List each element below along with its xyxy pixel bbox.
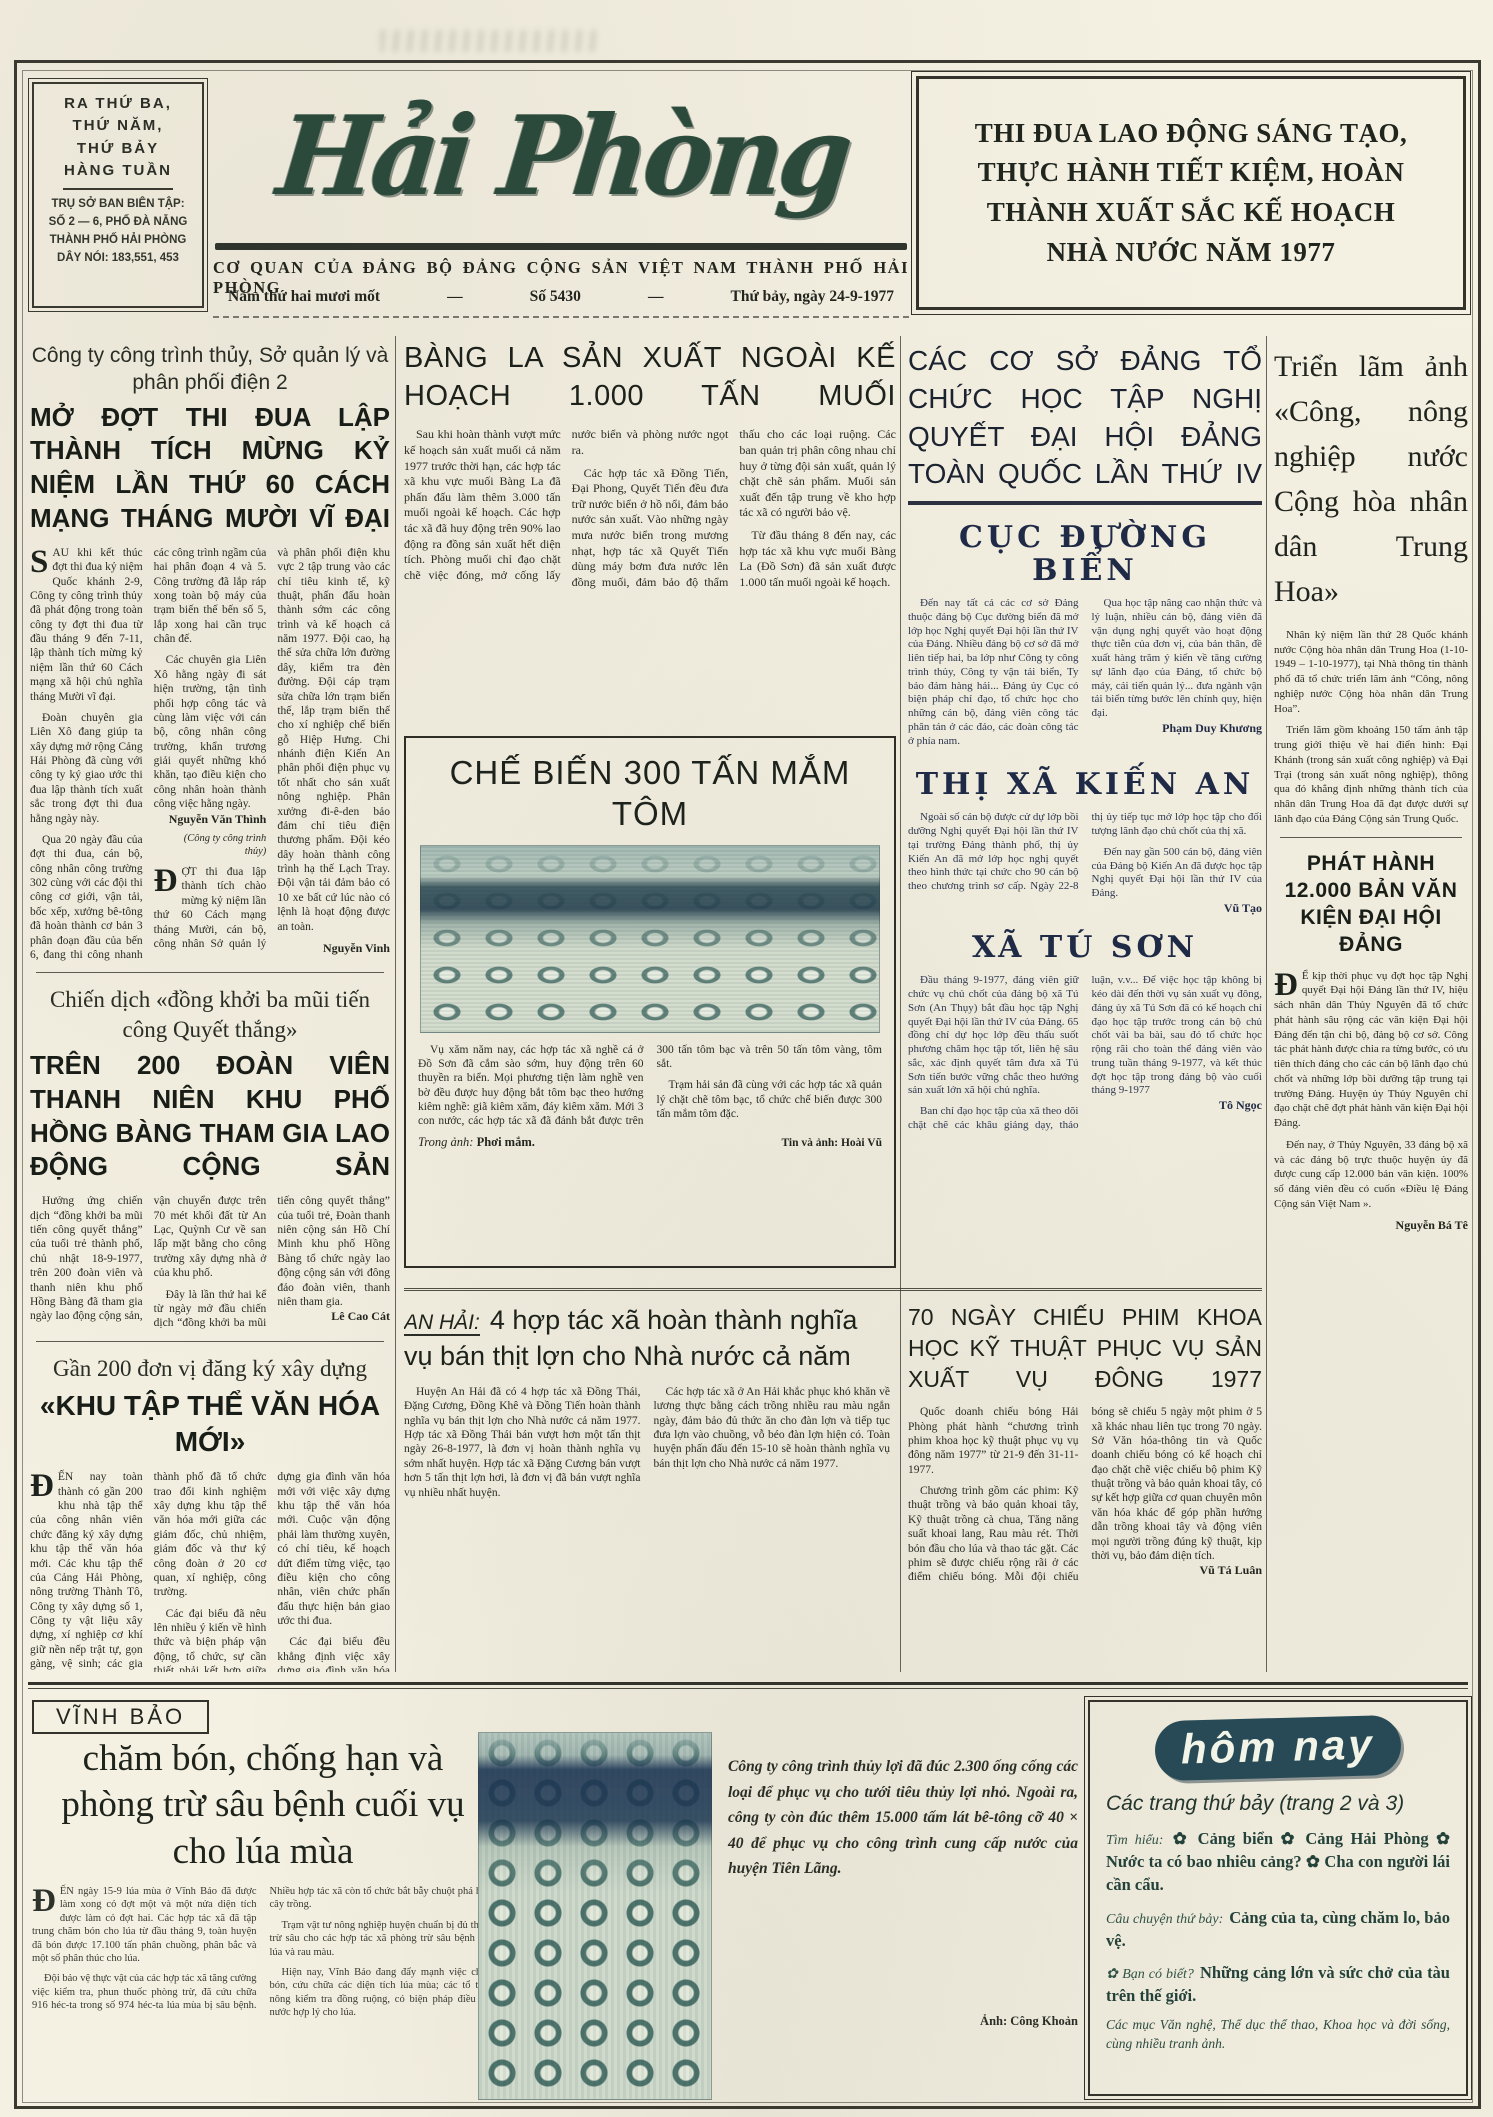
- masthead-rule: [215, 243, 907, 250]
- paragraph: THỨ NĂM,: [40, 116, 196, 136]
- byline: Vũ Tạo: [1092, 901, 1263, 915]
- article-headline: CÁC CƠ SỞ ĐẢNG TỔ CHỨC HỌC TẬP NGHỊ QUYẾ…: [908, 342, 1262, 493]
- photo-phoi-mam: [420, 845, 880, 1033]
- hom-nay-box: hôm nay Các trang thứ bảy (trang 2 và 3)…: [1088, 1700, 1468, 2096]
- article-divider: [1280, 837, 1462, 838]
- byline: Nguyễn Văn Thình: [154, 812, 267, 826]
- article-headline: chăm bón, chống hạn và phòng trừ sâu bện…: [32, 1736, 494, 1875]
- paragraphs: Ngoài số cán bộ được cử dự lớp bồi dưỡng…: [908, 811, 1262, 915]
- article-bang-la-muoi: BÀNG LA SẢN XUẤT NGOÀI KẾ HOẠCH 1.000 TẤ…: [404, 340, 896, 736]
- article-hoc-tap-nghi-quyet: CÁC CƠ SỞ ĐẢNG TỔ CHỨC HỌC TẬP NGHỊ QUYẾ…: [908, 342, 1262, 1133]
- publication-days: RA THỨ BA,THỨ NĂM,THỨ BẢYHÀNG TUẦN: [40, 94, 196, 181]
- article-body: Nhân kỷ niệm lần thứ 28 Quốc khánh nước …: [1274, 628, 1468, 827]
- section-head-cuc-duong-bien: CỤC ĐƯỜNG BIỂN: [908, 521, 1262, 587]
- paragraphs: Sau khi hoàn thành vượt mức kế hoạch sản…: [404, 427, 896, 590]
- article-headline: MỞ ĐỢT THI ĐUA LẬP THÀNH TÍCH MỪNG KỶ NI…: [30, 401, 390, 536]
- paragraphs: Quốc doanh chiếu bóng Hải Phòng phát hàn…: [908, 1405, 1262, 1588]
- article-an-hai-thit-lon: AN HẢI:4 hợp tác xã hoàn thành nghĩa vụ …: [404, 1302, 890, 1668]
- section-body: Đến nay tất cả các cơ sở Đảng thuộc đảng…: [908, 597, 1262, 752]
- paragraph: Đến nay, ở Thủy Nguyên, 33 đảng bộ xã và…: [1274, 1138, 1468, 1212]
- article-headline: CHẾ BIẾN 300 TẤN MẮM TÔM: [418, 752, 882, 835]
- headline-row: VĨNH BẢO: [32, 1700, 494, 1734]
- paragraph: Các chuyên gia Liên Xô hằng ngày đi sát …: [154, 653, 267, 811]
- paragraph: Qua học tập nâng cao nhận thức và lý luậ…: [1092, 597, 1263, 721]
- paragraph: THỰC HÀNH TIẾT KIỆM, HOÀN: [933, 156, 1449, 190]
- paragraph: Đến nay gần 500 cán bộ, đảng viên của Đả…: [1092, 846, 1263, 901]
- article-thi-dua-thang-muoi: Công ty công trình thủy, Sở quản lý và p…: [30, 342, 390, 962]
- photo-story: Vụ xăm năm nay, các hợp tác xã nghề cá ở…: [418, 1043, 882, 1150]
- section-head-tu-son: XÃ TÚ SƠN: [908, 931, 1262, 964]
- paragraph: Các hợp tác xã ở An Hải khắc phục khó kh…: [654, 1385, 891, 1471]
- paragraph: RA THỨ BA,: [40, 94, 196, 114]
- paragraph: Triển lãm gồm khoảng 150 tấm ảnh tập tru…: [1274, 723, 1468, 826]
- paragraphs: Huyện An Hải đã có 4 hợp tác xã Đồng Thá…: [404, 1385, 890, 1500]
- paragraph: SỐ 2 — 6, PHỐ ĐÀ NẴNG: [40, 215, 196, 230]
- article-body: SAU khi kết thúc đợt thi đua kỷ niệm Quố…: [30, 546, 390, 963]
- column-right: Triển lãm ảnh «Công, nông nghiệp nước Cộ…: [1274, 340, 1468, 1672]
- article-headline: AN HẢI:4 hợp tác xã hoàn thành nghĩa vụ …: [404, 1302, 890, 1375]
- location-label: VĨNH BẢO: [32, 1700, 209, 1734]
- article-chieu-phim-khoa-hoc: 70 NGÀY CHIẾU PHIM KHOA HỌC KỸ THUẬT PHỤ…: [908, 1302, 1262, 1668]
- byline: Lê Cao Cát: [277, 1309, 390, 1323]
- publication-info-box: RA THỨ BA,THỨ NĂM,THỨ BẢYHÀNG TUẦN TRỤ S…: [32, 82, 204, 308]
- photo-credit: Tin và ảnh: Hoài Vũ: [781, 1137, 882, 1149]
- issue-line: Năm thứ hai mươi mốt — Số 5430 — Thứ bảy…: [228, 288, 894, 307]
- issue-date: Thứ bảy, ngày 24-9-1977: [730, 288, 893, 307]
- caption-text: Phơi mắm.: [477, 1135, 535, 1149]
- article-body: Hưởng ứng chiến dịch “đồng khởi ba mũi t…: [30, 1194, 390, 1330]
- drop-cap: S: [30, 549, 48, 575]
- article-body: Quốc doanh chiếu bóng Hải Phòng phát hàn…: [908, 1405, 1262, 1588]
- editorial-office-info: TRỤ SỞ BAN BIÊN TẬP:SỐ 2 — 6, PHỐ ĐÀ NẴN…: [40, 197, 196, 266]
- article-phat-hanh-van-kien: PHÁT HÀNH 12.000 BẢN VĂN KIỆN ĐẠI HỘI ĐẢ…: [1274, 850, 1468, 1233]
- article-kicker: Công ty công trình thủy, Sở quản lý và p…: [30, 342, 390, 397]
- paragraph: Nhân kỷ niệm lần thứ 28 Quốc khánh nước …: [1274, 628, 1468, 716]
- article-vinh-bao-lua-mua: VĨNH BẢO chăm bón, chống hạn và phòng tr…: [32, 1700, 494, 2020]
- paragraph: THỨ BẢY: [40, 139, 196, 159]
- paragraph: HÀNG TUẦN: [40, 161, 196, 181]
- list-item: ✿ Bạn có biết?Những cảng lớn và sức chở …: [1106, 1961, 1450, 2007]
- hom-nay-logo: hôm nay: [1154, 1715, 1401, 1781]
- article-body: ĐẾN nay toàn thành có gần 200 khu nhà tậ…: [30, 1470, 390, 1672]
- byline: Tô Ngọc: [1092, 1098, 1263, 1112]
- article-headline: «KHU TẬP THỂ VĂN HÓA MỚI»: [30, 1388, 390, 1461]
- pages-note: Các trang thứ bảy (trang 2 và 3): [1106, 1790, 1450, 1817]
- paragraphs: Nhân kỷ niệm lần thứ 28 Quốc khánh nước …: [1274, 628, 1468, 827]
- paragraph: Đoàn chuyên gia Liên Xô đang giúp ta xây…: [30, 711, 143, 826]
- photo-caption: Công ty công trình thủy lợi đã đúc 2.300…: [728, 1754, 1078, 1882]
- issue-number: Số 5430: [530, 288, 581, 307]
- drop-cap: Đ: [32, 1888, 56, 1914]
- list-item: Tìm hiểu:✿ Cảng biển ✿ Cảng Hải Phòng ✿ …: [1106, 1827, 1450, 1896]
- article-divider: [36, 972, 384, 973]
- column-divider: [395, 336, 396, 1672]
- bottom-section: VĨNH BẢO chăm bón, chống hạn và phòng tr…: [28, 1682, 1468, 2110]
- section-body: Đầu tháng 9-1977, đảng viên giữ chức vụ …: [908, 974, 1262, 1132]
- photo-ong-cong-be-tong: [478, 1732, 712, 2100]
- column-center-right: CÁC CƠ SỞ ĐẢNG TỔ CHỨC HỌC TẬP NGHỊ QUYẾ…: [908, 340, 1262, 1284]
- byline: Nguyễn Bá Tê: [1274, 1218, 1468, 1232]
- paragraph: Đến nay tất cả các cơ sở Đảng thuộc đảng…: [908, 597, 1079, 748]
- article-headline: TRÊN 200 ĐOÀN VIÊN THANH NIÊN KHU PHỐ HỒ…: [30, 1049, 390, 1184]
- paragraph: NHÀ NƯỚC NĂM 1977: [933, 236, 1449, 270]
- column-divider: [1266, 336, 1267, 1672]
- list-item: Câu chuyện thứ bảy:Cảng của ta, cùng chă…: [1106, 1906, 1450, 1952]
- list-item: Các mục Văn nghệ, Thể dục thể thao, Khoa…: [1106, 2016, 1450, 2054]
- drop-cap: Đ: [1274, 972, 1298, 998]
- paragraph: THÀNH XUẤT SẮC KẾ HOẠCH: [933, 196, 1449, 230]
- paragraph: Trạm hải sản đã cùng với các hợp tác xã …: [657, 1078, 883, 1121]
- paragraph: THI ĐUA LAO ĐỘNG SÁNG TẠO,: [933, 117, 1449, 151]
- paragraph: Các đại biểu đều khẳng định việc xây dựn…: [277, 1635, 390, 1672]
- article-divider: [36, 1341, 384, 1342]
- article-mam-tom-box: CHẾ BIẾN 300 TẤN MẮM TÔM Vụ xăm năm nay,…: [404, 736, 896, 1268]
- section-divider: [404, 1288, 1262, 1291]
- dashed-rule: [213, 316, 909, 318]
- article-headline: BÀNG LA SẢN XUẤT NGOÀI KẾ HOẠCH 1.000 TẤ…: [404, 340, 896, 415]
- item-label: ✿ Bạn có biết?: [1106, 1967, 1194, 1982]
- article-body: Sau khi hoàn thành vượt mức kế hoạch sản…: [404, 427, 896, 590]
- column-divider: [900, 336, 901, 1672]
- column-center-left: BÀNG LA SẢN XUẤT NGOÀI KẾ HOẠCH 1.000 TẤ…: [404, 340, 896, 1284]
- paragraph: Hiện nay, Vĩnh Bảo đang đẩy mạnh việc ch…: [270, 1966, 495, 2020]
- paragraph: Huyện An Hải đã có 4 hợp tác xã Đồng Thá…: [404, 1385, 641, 1500]
- section-head-kien-an: THỊ XÃ KIẾN AN: [908, 768, 1262, 801]
- slogan-box: THI ĐUA LAO ĐỘNG SÁNG TẠO,THỰC HÀNH TIẾT…: [916, 76, 1466, 310]
- article-kicker: Chiến dịch «đồng khởi ba mũi tiến công Q…: [30, 985, 390, 1045]
- paragraph: TRỤ SỞ BAN BIÊN TẬP:: [40, 197, 196, 212]
- section-rule-thick: [28, 1682, 1468, 1685]
- byline: Phạm Duy Khương: [1092, 721, 1263, 735]
- column-left: Công ty công trình thủy, Sở quản lý và p…: [30, 340, 390, 1672]
- paragraphs: Vụ xăm năm nay, các hợp tác xã nghề cá ở…: [418, 1043, 882, 1129]
- byline-affiliation: (Công ty công trình thủy): [154, 833, 267, 858]
- item-label: Tìm hiểu:: [1106, 1833, 1163, 1848]
- article-headline: PHÁT HÀNH 12.000 BẢN VĂN KIỆN ĐẠI HỘI ĐẢ…: [1274, 850, 1468, 959]
- masthead: Hải Phòng: [218, 74, 908, 238]
- paragraphs: Đến nay, ở Thủy Nguyên, 33 đảng bộ xã và…: [1274, 1138, 1468, 1212]
- article-hong-bang-lao-dong: Chiến dịch «đồng khởi ba mũi tiến công Q…: [30, 985, 390, 1330]
- volume-text: Năm thứ hai mươi mốt: [228, 288, 380, 307]
- caption-row: Trong ảnh: Phơi mắm. Tin và ảnh: Hoài Vũ: [418, 1135, 882, 1150]
- article-trien-lam-anh: Triển lãm ảnh «Công, nông nghiệp nước Cộ…: [1274, 344, 1468, 827]
- article-khu-tap-the-van-hoa: Gần 200 đơn vị đăng ký xây dựng «KHU TẬP…: [30, 1354, 390, 1672]
- article-kicker: Gần 200 đơn vị đăng ký xây dựng: [30, 1354, 390, 1384]
- drop-cap: Đ: [154, 868, 178, 894]
- location-kicker: AN HẢI:: [404, 1311, 480, 1336]
- byline: Vũ Tá Luân: [1092, 1563, 1263, 1577]
- main-content: Công ty công trình thủy, Sở quản lý và p…: [30, 336, 1468, 1676]
- lead-text: ẾN ngày 15-9 lúa mùa ở Vĩnh Bảo đã được …: [32, 1886, 257, 1964]
- newspaper-page: { "masthead": { "title": "Hải Phòng", "s…: [0, 0, 1493, 2117]
- drop-cap: Đ: [30, 1473, 54, 1499]
- paragraph: Đầu tháng 9-1977, đảng viên giữ chức vụ …: [908, 974, 1079, 1098]
- paragraph: Trạm vật tư nông nghiệp huyện chuẩn bị đ…: [270, 1919, 495, 1959]
- item-label: Câu chuyện thứ bảy:: [1106, 1912, 1223, 1927]
- paragraph: Quốc doanh chiếu bóng Hải Phòng phát hàn…: [908, 1405, 1079, 1477]
- dash: —: [648, 288, 664, 307]
- paragraph: DÂY NÓI: 183,551, 453: [40, 251, 196, 266]
- divider: [63, 188, 172, 190]
- article-body: ĐẾN ngày 15-9 lúa mùa ở Vĩnh Bảo đã được…: [32, 1885, 494, 2020]
- photo-caption: Trong ảnh: Phơi mắm.: [418, 1135, 535, 1150]
- byline: Nguyễn Vinh: [277, 941, 390, 955]
- article-headline: 70 NGÀY CHIẾU PHIM KHOA HỌC KỸ THUẬT PHỤ…: [908, 1302, 1262, 1395]
- section-body: Ngoài số cán bộ được cử dự lớp bồi dưỡng…: [908, 811, 1262, 915]
- paragraph: THÀNH PHỐ HẢI PHÒNG: [40, 233, 196, 248]
- paragraph: Từ đầu tháng 8 đến nay, các hợp tác xã k…: [739, 528, 896, 590]
- article-headline: Triển lãm ảnh «Công, nông nghiệp nước Cộ…: [1274, 344, 1468, 614]
- photo-credit: Ảnh: Công Khoản: [728, 2014, 1078, 2029]
- headline-rule: [908, 501, 1262, 505]
- lead-text: Ể kịp thời phục vụ đợt học tập Nghị quyế…: [1274, 970, 1468, 1129]
- newspaper-title: Hải Phòng: [273, 101, 852, 210]
- section-rule-thin: [28, 1688, 1468, 1689]
- dash: —: [447, 288, 463, 307]
- caption-label: Trong ảnh:: [418, 1135, 473, 1149]
- article-body: Huyện An Hải đã có 4 hợp tác xã Đồng Thá…: [404, 1385, 890, 1500]
- scan-smudge: [380, 30, 600, 52]
- article-body: ĐỂ kịp thời phục vụ đợt học tập Nghị quy…: [1274, 969, 1468, 1233]
